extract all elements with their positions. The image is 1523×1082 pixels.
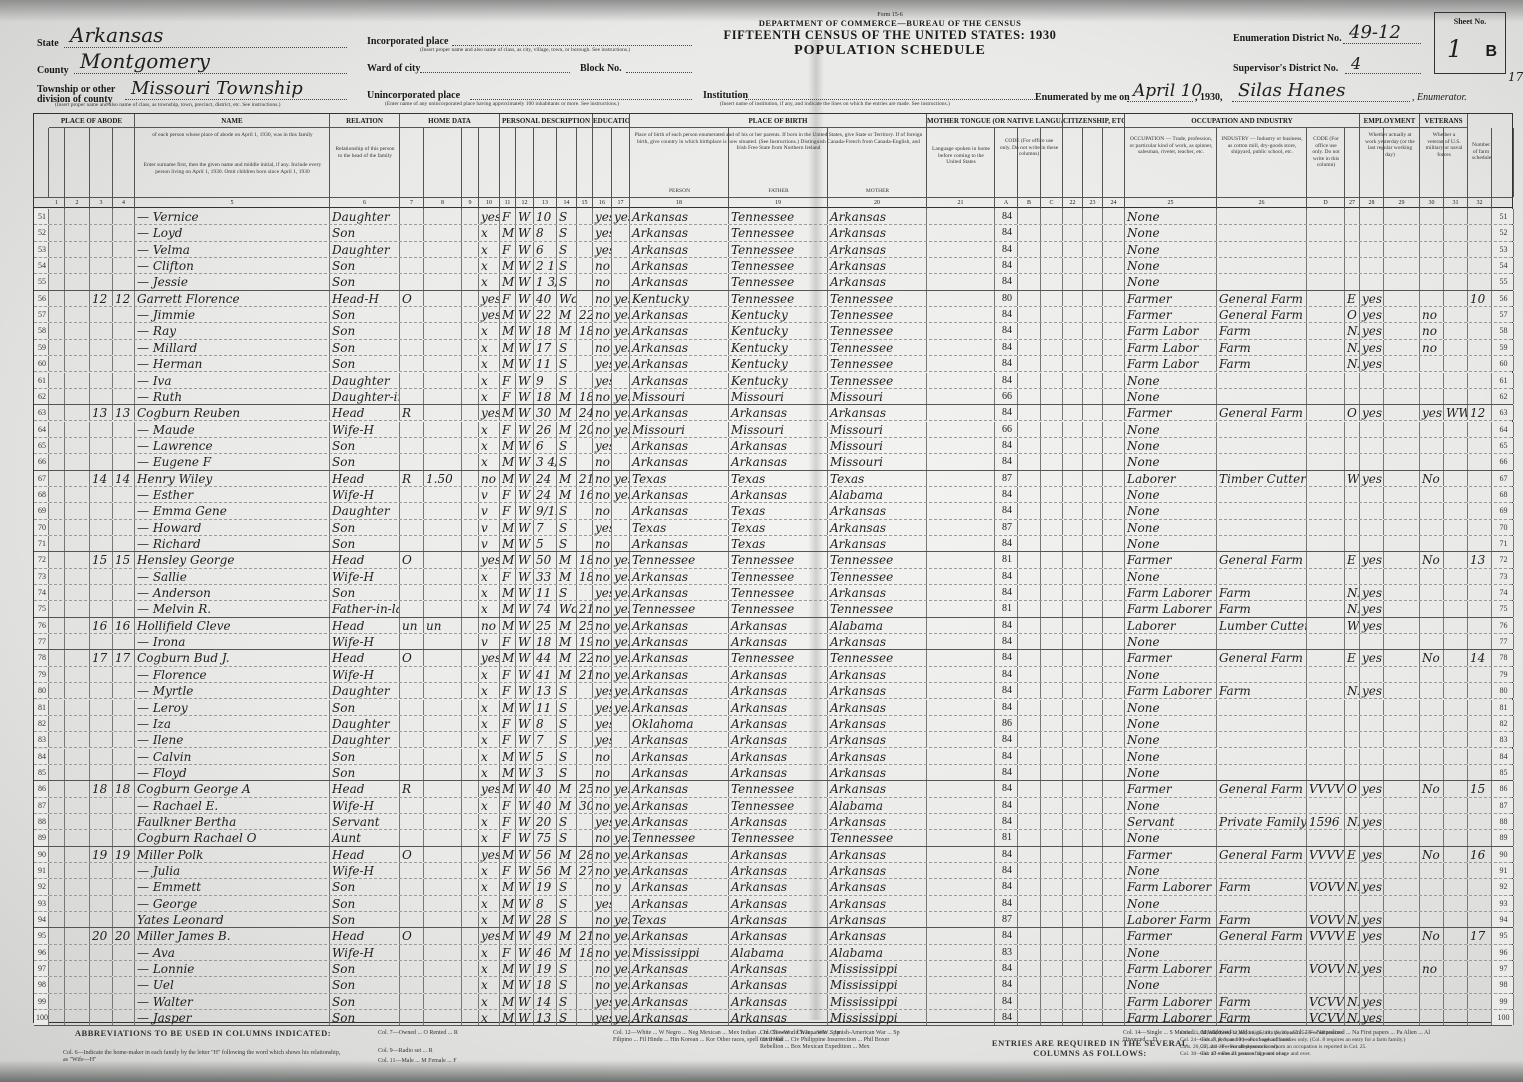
cell-eng — [1103, 356, 1125, 371]
cell-age: 33 — [534, 569, 557, 584]
cell-street — [49, 716, 65, 731]
cell-relation: Daughter — [330, 373, 400, 388]
cell-radio — [462, 438, 479, 453]
cell-age-marr — [577, 732, 593, 747]
cell-relation: Son — [330, 454, 400, 469]
cell-sex: M — [500, 585, 516, 600]
table-row: 92— EmmettSonxMW19SnoyArkansasArkansasAr… — [34, 879, 1512, 895]
cell-codeC — [1041, 667, 1063, 682]
cell-age: 3 4/12 — [534, 454, 557, 469]
cell-industry — [1217, 536, 1307, 551]
cell-value — [424, 389, 462, 404]
column-number: 32 — [1468, 198, 1492, 209]
cell-codeC — [1041, 994, 1063, 1009]
cell-dwelling — [90, 536, 113, 551]
cell-code: 84 — [995, 274, 1018, 289]
cell-eng — [1103, 961, 1125, 976]
cell-marital: M — [557, 798, 577, 813]
cell-age: 18 — [534, 977, 557, 992]
cell-code: 84 — [995, 307, 1018, 322]
cell-vet — [1420, 683, 1444, 698]
cell-codeB — [1018, 307, 1041, 322]
cell-family — [113, 994, 135, 1009]
cell-vet: no — [1420, 961, 1444, 976]
cell-farm-sch: 10 — [1468, 291, 1492, 306]
cell-marital: S — [557, 716, 577, 731]
cell-line: 98 — [34, 977, 49, 992]
cell-codeC — [1041, 356, 1063, 371]
cell-relation: Son — [330, 258, 400, 273]
incorporated-note: (Insert proper name and also name of cla… — [420, 47, 630, 53]
cell-relation: Head — [330, 405, 400, 420]
cell-line: 92 — [34, 879, 49, 894]
cell-codeC — [1041, 879, 1063, 894]
cell-nat — [1083, 258, 1103, 273]
cell-line: 69 — [34, 503, 49, 518]
cell-age-marr — [577, 438, 593, 453]
cell-imm — [1063, 749, 1083, 764]
cell-bp-father: Arkansas — [729, 716, 828, 731]
cell-tongue — [927, 242, 995, 257]
cell-bp: Texas — [630, 912, 729, 927]
cell-age: 13 — [534, 1010, 557, 1025]
cell-industry — [1217, 422, 1307, 437]
column-header-nat — [1083, 128, 1103, 197]
cell-codeC — [1041, 765, 1063, 780]
cell-bp: Texas — [630, 471, 729, 486]
cell-imm — [1063, 994, 1083, 1009]
cell-relation: Son — [330, 307, 400, 322]
cell-eng — [1103, 520, 1125, 535]
cell-owned — [400, 307, 424, 322]
cell-dwelling — [90, 716, 113, 731]
cell-codeC — [1041, 291, 1063, 306]
sheet-side: B — [1485, 43, 1497, 61]
cell-radio — [462, 667, 479, 682]
cell-name: Garrett Florence — [135, 291, 330, 306]
cell-school: no — [593, 945, 612, 960]
cell-class: NP — [1345, 879, 1360, 894]
cell-family — [113, 422, 135, 437]
cell-codeC — [1041, 650, 1063, 665]
cell-imm — [1063, 977, 1083, 992]
cell-radio — [462, 340, 479, 355]
cell-age-marr — [577, 520, 593, 535]
cell-relation: Head — [330, 650, 400, 665]
cell-age-marr: 18 — [577, 389, 593, 404]
cell-line-r: 56 — [1492, 291, 1514, 306]
cell-imm — [1063, 716, 1083, 731]
cell-tongue — [927, 650, 995, 665]
cell-age-marr: 21 — [577, 601, 593, 616]
cell-eng — [1103, 732, 1125, 747]
cell-vet — [1420, 536, 1444, 551]
cell-vet — [1420, 863, 1444, 878]
cell-imm — [1063, 879, 1083, 894]
cell-line: 80 — [34, 683, 49, 698]
township-value: Missouri Township — [131, 78, 303, 99]
census-title: FIFTEENTH CENSUS OF THE UNITED STATES: 1… — [700, 28, 1080, 43]
cell-codeB — [1018, 863, 1041, 878]
cell-age: 7 — [534, 520, 557, 535]
cell-war — [1444, 945, 1468, 960]
cell-occ-code — [1307, 585, 1345, 600]
cell-value — [424, 928, 462, 943]
cell-unemp — [1384, 847, 1420, 862]
cell-value — [424, 683, 462, 698]
cell-tongue — [927, 1010, 995, 1025]
cell-name: — Iza — [135, 716, 330, 731]
cell-occupation: None — [1125, 422, 1217, 437]
cell-farm: v — [479, 520, 500, 535]
cell-code: 84 — [995, 879, 1018, 894]
cell-read — [612, 716, 630, 731]
cell-value — [424, 994, 462, 1009]
cell-race: W — [516, 716, 534, 731]
cell-line: 94 — [34, 912, 49, 927]
cell-codeB — [1018, 667, 1041, 682]
cell-house — [65, 569, 90, 584]
cell-name: Faulkner Bertha — [135, 814, 330, 829]
column-group-header: NAME — [135, 114, 330, 128]
cell-value — [424, 291, 462, 306]
cell-street — [49, 634, 65, 649]
cell-radio — [462, 961, 479, 976]
cell-occupation: None — [1125, 503, 1217, 518]
cell-line: 77 — [34, 634, 49, 649]
table-row: 781717Cogburn Bud J.HeadOyesMW44M22noyes… — [34, 650, 1512, 666]
cell-value — [424, 307, 462, 322]
cell-dwelling — [90, 765, 113, 780]
cell-war — [1444, 700, 1468, 715]
county-field: Montgomery — [74, 50, 347, 74]
cell-age-marr: 21 — [577, 928, 593, 943]
cell-race: W — [516, 373, 534, 388]
cell-bp-mother: Tennessee — [828, 323, 927, 338]
cell-line-r: 98 — [1492, 977, 1514, 992]
cell-bp: Arkansas — [630, 503, 729, 518]
cell-line: 88 — [34, 814, 49, 829]
column-description: PERSON — [630, 186, 729, 197]
cell-bp-father: Kentucky — [729, 356, 828, 371]
cell-marital: S — [557, 830, 577, 845]
cell-bp-father: Arkansas — [729, 1010, 828, 1025]
cell-marital: S — [557, 520, 577, 535]
cell-farm-sch — [1468, 520, 1492, 535]
cell-eng — [1103, 569, 1125, 584]
cell-radio — [462, 454, 479, 469]
cell-family — [113, 732, 135, 747]
cell-vet: no — [1420, 340, 1444, 355]
cell-tongue — [927, 798, 995, 813]
cell-farm-sch — [1468, 716, 1492, 731]
cell-marital: Wd — [557, 601, 577, 616]
cell-race: W — [516, 765, 534, 780]
cell-eng — [1103, 814, 1125, 829]
cell-class: E — [1345, 847, 1360, 862]
cell-at-work: yes — [1360, 683, 1384, 698]
cell-sex: F — [500, 569, 516, 584]
cell-occupation: Farmer — [1125, 291, 1217, 306]
cell-line: 71 — [34, 536, 49, 551]
cell-nat — [1083, 618, 1103, 633]
cell-family — [113, 242, 135, 257]
cell-bp: Arkansas — [630, 847, 729, 862]
cell-farm-sch — [1468, 830, 1492, 845]
cell-imm — [1063, 569, 1083, 584]
cell-family: 19 — [113, 847, 135, 862]
cell-occupation: None — [1125, 536, 1217, 551]
cell-unemp — [1384, 765, 1420, 780]
cell-value — [424, 781, 462, 796]
cell-dwelling: 18 — [90, 781, 113, 796]
cell-nat — [1083, 356, 1103, 371]
cell-class — [1345, 209, 1360, 224]
column-group-header: OCCUPATION AND INDUSTRY — [1125, 114, 1360, 128]
cell-code: 66 — [995, 422, 1018, 437]
cell-read: yes — [612, 977, 630, 992]
cell-marital: M — [557, 487, 577, 502]
cell-house — [65, 323, 90, 338]
column-description: CODE (For office use only. Do not write … — [997, 136, 1061, 160]
cell-family — [113, 912, 135, 927]
cell-age-marr: 22 — [577, 307, 593, 322]
cell-age: 49 — [534, 928, 557, 943]
cell-war — [1444, 749, 1468, 764]
column-header-radio — [462, 128, 479, 197]
cell-war — [1444, 994, 1468, 1009]
cell-occupation: None — [1125, 977, 1217, 992]
cell-class: E — [1345, 650, 1360, 665]
cell-street — [49, 765, 65, 780]
cell-bp: Arkansas — [630, 798, 729, 813]
cell-marital: S — [557, 961, 577, 976]
cell-codeC — [1041, 487, 1063, 502]
cell-age: 8 — [534, 225, 557, 240]
cell-bp: Arkansas — [630, 536, 729, 551]
cell-imm — [1063, 274, 1083, 289]
cell-owned — [400, 634, 424, 649]
cell-line-r: 62 — [1492, 389, 1514, 404]
cell-at-work: yes — [1360, 618, 1384, 633]
cell-race: W — [516, 994, 534, 1009]
cell-line: 89 — [34, 830, 49, 845]
cell-unemp — [1384, 994, 1420, 1009]
cell-sex: M — [500, 552, 516, 567]
column-header-imm — [1063, 128, 1083, 197]
cell-name: — Ava — [135, 945, 330, 960]
cell-vet — [1420, 667, 1444, 682]
cell-class: NP — [1345, 601, 1360, 616]
cell-codeC — [1041, 323, 1063, 338]
cell-occupation: None — [1125, 225, 1217, 240]
cell-code: 81 — [995, 601, 1018, 616]
cell-house — [65, 945, 90, 960]
cell-race: W — [516, 945, 534, 960]
cell-eng — [1103, 291, 1125, 306]
cell-bp: Arkansas — [630, 863, 729, 878]
cell-name: — Velma — [135, 242, 330, 257]
cell-farm-sch — [1468, 732, 1492, 747]
cell-nat — [1083, 422, 1103, 437]
cell-marital: Wd — [557, 291, 577, 306]
cell-owned: O — [400, 928, 424, 943]
cell-eng — [1103, 977, 1125, 992]
cell-relation: Son — [330, 340, 400, 355]
cell-tongue — [927, 961, 995, 976]
column-number: 3 — [90, 198, 113, 209]
cell-at-work — [1360, 389, 1384, 404]
cell-dwelling — [90, 389, 113, 404]
cell-tongue — [927, 977, 995, 992]
column-group-header: VETERANS — [1420, 114, 1468, 128]
cell-unemp — [1384, 830, 1420, 845]
incorporated-label: Incorporated place — [367, 36, 448, 47]
ed-value: 49-12 — [1349, 22, 1401, 43]
cell-family — [113, 977, 135, 992]
cell-nat — [1083, 994, 1103, 1009]
cell-dwelling — [90, 732, 113, 747]
cell-name: Hensley George — [135, 552, 330, 567]
cell-family — [113, 863, 135, 878]
cell-relation: Wife-H — [330, 863, 400, 878]
cell-school: no — [593, 601, 612, 616]
cell-unemp — [1384, 749, 1420, 764]
cell-sex: F — [500, 422, 516, 437]
cell-occupation: None — [1125, 389, 1217, 404]
cell-nat — [1083, 323, 1103, 338]
cell-name: — Lawrence — [135, 438, 330, 453]
cell-age-marr: 27 — [577, 863, 593, 878]
cell-family — [113, 438, 135, 453]
cell-bp: Arkansas — [630, 879, 729, 894]
cell-house — [65, 618, 90, 633]
cell-codeB — [1018, 961, 1041, 976]
cell-vet — [1420, 700, 1444, 715]
column-number: 25 — [1125, 198, 1217, 209]
cell-at-work — [1360, 749, 1384, 764]
cell-occ-code — [1307, 356, 1345, 371]
cell-eng — [1103, 863, 1125, 878]
cell-nat — [1083, 945, 1103, 960]
cell-read — [612, 373, 630, 388]
cell-sex: M — [500, 274, 516, 289]
cell-age: 9/12 — [534, 503, 557, 518]
cell-code: 84 — [995, 618, 1018, 633]
table-row: 65— LawrenceSonxMW6SyesArkansasArkansasM… — [34, 438, 1512, 454]
cell-relation: Daughter — [330, 716, 400, 731]
cell-occ-code — [1307, 650, 1345, 665]
cell-imm — [1063, 650, 1083, 665]
cell-at-work — [1360, 503, 1384, 518]
cell-bp: Missouri — [630, 389, 729, 404]
cell-occupation: None — [1125, 749, 1217, 764]
cell-industry — [1217, 389, 1307, 404]
cell-value — [424, 879, 462, 894]
column-header-read — [612, 128, 630, 197]
column-header-race — [516, 128, 534, 197]
cell-eng — [1103, 438, 1125, 453]
cell-bp-mother: Arkansas — [828, 225, 927, 240]
cell-age: 1 3/12 — [534, 274, 557, 289]
cell-unemp — [1384, 781, 1420, 796]
cell-code: 84 — [995, 536, 1018, 551]
cell-read — [612, 536, 630, 551]
cell-codeC — [1041, 389, 1063, 404]
table-row: 99— WalterSonxMW14SyesyesArkansasArkansa… — [34, 994, 1512, 1010]
cell-occ-code — [1307, 765, 1345, 780]
cell-age-marr — [577, 585, 593, 600]
cell-family — [113, 683, 135, 698]
cell-radio — [462, 389, 479, 404]
cell-at-work — [1360, 258, 1384, 273]
cell-radio — [462, 552, 479, 567]
cell-bp: Arkansas — [630, 323, 729, 338]
cell-age: 30 — [534, 405, 557, 420]
cell-codeC — [1041, 683, 1063, 698]
cell-street — [49, 438, 65, 453]
cell-race: W — [516, 879, 534, 894]
cell-farm: yes — [479, 291, 500, 306]
cell-school: no — [593, 552, 612, 567]
cell-codeC — [1041, 716, 1063, 731]
cell-farm-sch: 14 — [1468, 650, 1492, 665]
table-row: 59— MillardSonxMW17SnoyesArkansasKentuck… — [34, 340, 1512, 356]
cell-bp: Arkansas — [630, 928, 729, 943]
cell-age-marr — [577, 225, 593, 240]
cell-dwelling — [90, 503, 113, 518]
cell-industry — [1217, 749, 1307, 764]
cell-school: yes — [593, 732, 612, 747]
cell-at-work — [1360, 569, 1384, 584]
cell-line: 82 — [34, 716, 49, 731]
cell-bp-father: Arkansas — [729, 814, 828, 829]
cell-marital: M — [557, 634, 577, 649]
cell-occupation: Farmer — [1125, 781, 1217, 796]
cell-bp-father: Missouri — [729, 422, 828, 437]
cell-industry — [1217, 634, 1307, 649]
cell-war — [1444, 732, 1468, 747]
column-number: D — [1307, 198, 1345, 209]
cell-age: 28 — [534, 912, 557, 927]
cell-occ-code: 1596 — [1307, 814, 1345, 829]
cell-read — [612, 454, 630, 469]
cell-codeC — [1041, 814, 1063, 829]
cell-farm: x — [479, 749, 500, 764]
cell-war — [1444, 307, 1468, 322]
cell-occ-code — [1307, 291, 1345, 306]
cell-occ-code: VVVV — [1307, 781, 1345, 796]
cell-age-marr — [577, 356, 593, 371]
cell-street — [49, 536, 65, 551]
cell-tongue — [927, 422, 995, 437]
cell-race: W — [516, 847, 534, 862]
cell-industry: General Farm — [1217, 847, 1307, 862]
cell-line: 97 — [34, 961, 49, 976]
cell-radio — [462, 291, 479, 306]
cell-sex: M — [500, 912, 516, 927]
cell-line-r: 59 — [1492, 340, 1514, 355]
cell-nat — [1083, 928, 1103, 943]
cell-radio — [462, 928, 479, 943]
cell-codeC — [1041, 552, 1063, 567]
cell-street — [49, 618, 65, 633]
cell-codeB — [1018, 242, 1041, 257]
cell-sex: M — [500, 749, 516, 764]
cell-street — [49, 732, 65, 747]
cell-tongue — [927, 520, 995, 535]
cell-industry — [1217, 454, 1307, 469]
